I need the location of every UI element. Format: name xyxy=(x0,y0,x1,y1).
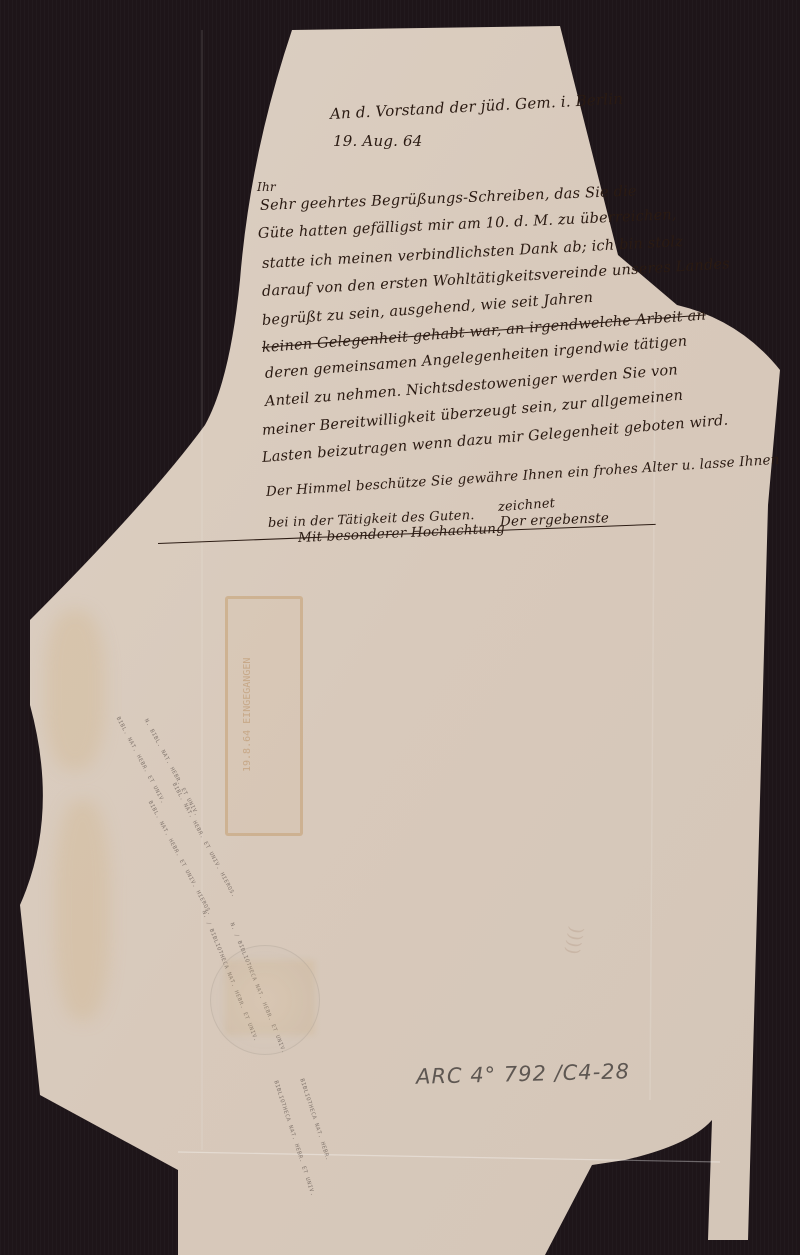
paper-sheet xyxy=(0,0,800,1255)
receipt-stamp-text: 19.8.64 EINGEGANGEN xyxy=(242,620,282,810)
embossed-seal xyxy=(210,945,320,1055)
water-stain xyxy=(45,610,105,770)
water-stain xyxy=(55,800,110,1020)
letter-date: 19. Aug. 64 xyxy=(333,132,423,150)
letter-line: Ihr xyxy=(257,180,276,194)
